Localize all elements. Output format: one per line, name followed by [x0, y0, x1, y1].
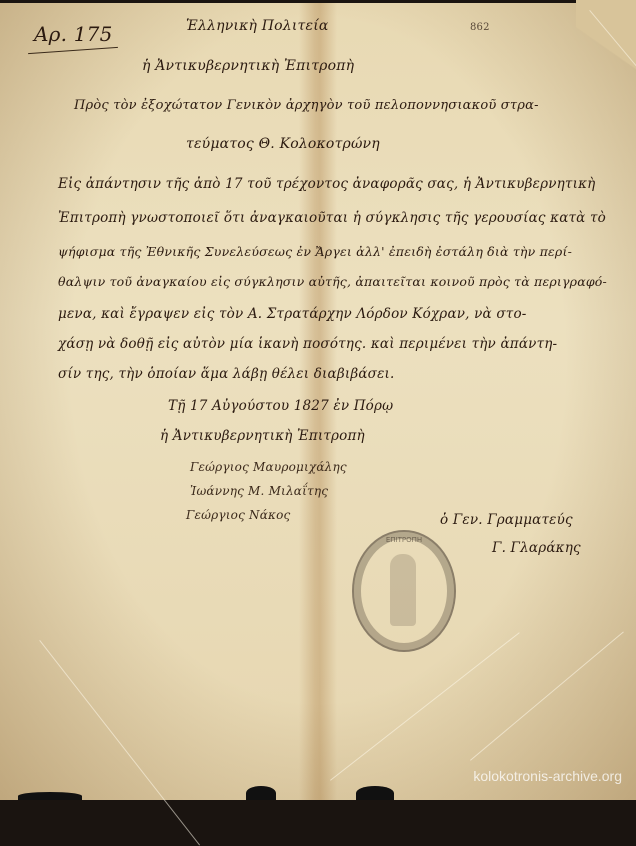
heading-line: Ἑλληνικὴ Πολιτεία [186, 18, 329, 34]
body-line: σίν της, τὴν ὁποίαν ἅμα λάβῃ θέλει διαβι… [58, 366, 395, 382]
fold-crease [330, 632, 520, 781]
binding-hole [246, 786, 276, 800]
scan-top-edge [0, 0, 636, 3]
official-seal: ΕΠΙΤΡΟΠΗ [352, 530, 456, 652]
archive-watermark: kolokotronis-archive.org [473, 768, 622, 784]
binding-hole [356, 786, 394, 800]
issuer-line: ἡ Ἀντικυβερνητικὴ Ἐπιτροπὴ [160, 428, 365, 444]
date-line: Τῇ 17 Αὐγούστου 1827 ἐν Πόρῳ [168, 398, 393, 414]
signature: Γεώργιος Μαυρομιχάλης [190, 460, 347, 474]
fold-crease [39, 640, 200, 800]
body-line: ψήφισμα τῆς Ἐθνικῆς Συνελεύσεως ἐν Ἄργει… [58, 244, 572, 259]
body-line: Ἐπιτροπὴ γνωστοποιεῖ ὅτι ἀναγκαιοῦται ἡ … [58, 210, 606, 226]
body-line: χάσῃ νὰ δοθῇ εἰς αὐτὸν μία ἱκανὴ ποσότης… [58, 336, 557, 352]
signature: Ἰωάννης Μ. Μιλαΐτης [190, 484, 328, 498]
secretary-title: ὁ Γεν. Γραμματεύς [440, 512, 573, 528]
binding-hole [18, 792, 82, 800]
secretary-signature: Γ. Γλαράκης [492, 540, 581, 556]
heading-line: ἡ Ἀντικυβερνητικὴ Ἐπιτροπὴ [142, 58, 354, 74]
body-line: μενα, καὶ ἔγραψεν εἰς τὸν Α. Στρατάρχην … [58, 306, 527, 322]
heading-line: τεύματος Θ. Κολοκοτρώνη [186, 136, 380, 152]
seal-figure-icon [390, 554, 416, 626]
document-page: Αρ. 175 862 Ἑλληνικὴ Πολιτεία ἡ Ἀντικυβε… [0, 0, 636, 800]
body-line: Εἰς ἀπάντησιν τῆς ἀπὸ 17 τοῦ τρέχοντος ἀ… [58, 176, 595, 192]
reference-underline [28, 47, 118, 54]
body-line: θαλψιν τοῦ ἀναγκαίου εἰς σύγκλησιν αὐτῆς… [58, 274, 607, 289]
archive-number: 862 [470, 22, 490, 33]
heading-line: Πρὸς τὸν ἐξοχώτατον Γενικὸν ἀρχηγὸν τοῦ … [74, 98, 539, 113]
seal-inscription: ΕΠΙΤΡΟΠΗ [354, 536, 454, 544]
reference-mark: Αρ. 175 [34, 22, 113, 46]
signature: Γεώργιος Νάκος [186, 508, 290, 522]
